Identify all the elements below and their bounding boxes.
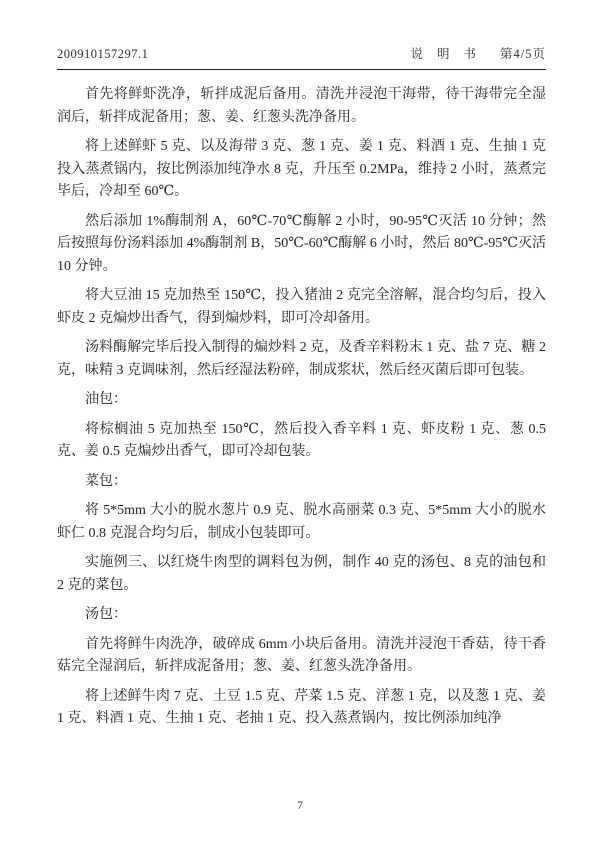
footer-page-number: 7: [297, 798, 303, 812]
header-page-label: 第4/5页: [500, 44, 546, 62]
paragraph: 菜包：: [57, 471, 546, 494]
application-number: 200910157297.1: [57, 47, 148, 62]
paragraph: 油包：: [57, 389, 546, 412]
page-header: 200910157297.1 说明书 第4/5页: [57, 44, 546, 62]
header-right-group: 说明书 第4/5页: [411, 44, 547, 62]
paragraph: 汤包：: [57, 604, 546, 627]
paragraph: 将上述鲜虾 5 克、以及海带 3 克、葱 1 克、姜 1 克、料酒 1 克、生抽…: [57, 136, 546, 204]
paragraph: 将上述鲜牛肉 7 克、土豆 1.5 克、芹菜 1.5 克、洋葱 1 克，以及葱 …: [57, 686, 546, 731]
patent-specification-page: 200910157297.1 说明书 第4/5页 首先将鲜虾洗净，斩拌成泥后备用…: [0, 0, 600, 849]
header-divider: [57, 69, 546, 70]
paragraph: 将 5*5mm 大小的脱水葱片 0.9 克、脱水高丽菜 0.3 克、5*5mm …: [57, 500, 546, 545]
paragraph: 首先将鲜牛肉洗净，破碎成 6mm 小块后备用。清洗并浸泡干香菇，待干香菇完全湿润…: [57, 634, 546, 679]
document-body: 首先将鲜虾洗净，斩拌成泥后备用。清洗并浸泡干海带，待干海带完全湿润后，斩拌成泥备…: [57, 84, 546, 731]
paragraph: 实施例三、以红烧牛肉型的调料包为例，制作 40 克的汤包、8 克的油包和 2 克…: [57, 552, 546, 597]
paragraph: 然后添加 1%酶制剂 A，60℃-70℃酶解 2 小时，90-95℃灭活 10 …: [57, 211, 546, 279]
paragraph: 首先将鲜虾洗净，斩拌成泥后备用。清洗并浸泡干海带，待干海带完全湿润后，斩拌成泥备…: [57, 84, 546, 129]
paragraph: 汤料酶解完毕后投入制得的煸炒料 2 克，及香辛料粉末 1 克、盐 7 克、糖 2…: [57, 337, 546, 382]
page-footer: 7: [0, 798, 600, 813]
paragraph: 将棕榈油 5 克加热至 150℃，然后投入香辛料 1 克、虾皮粉 1 克、葱 0…: [57, 419, 546, 464]
document-title: 说明书: [411, 44, 491, 62]
paragraph: 将大豆油 15 克加热至 150℃，投入猪油 2 克完全溶解，混合均匀后，投入虾…: [57, 285, 546, 330]
